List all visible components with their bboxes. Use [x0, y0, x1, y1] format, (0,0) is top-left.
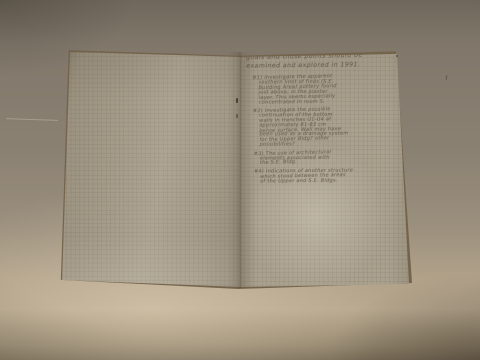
photo-of-notebook: goals and those points should beexamined… — [0, 0, 480, 360]
handwriting-block: goals and those points should beexamined… — [246, 52, 408, 280]
left-page-shading — [62, 52, 240, 287]
handwritten-note-line: possibilities? — [260, 142, 295, 147]
notebook-right-page: goals and those points should beexamined… — [240, 53, 409, 287]
table-scratch-mark — [6, 118, 58, 121]
page-corner-mark — [396, 55, 398, 57]
notebook-left-page — [62, 52, 240, 287]
staple-mark — [236, 114, 238, 118]
background-mark — [446, 75, 448, 80]
staple-mark — [236, 98, 238, 103]
handwritten-note-line: of the Upper and S.E. Bldgs. — [260, 178, 337, 184]
handwritten-intro-line: examined and explored in 1991. — [246, 62, 360, 69]
handwritten-note-line: the S.E. Bldg. — [260, 160, 297, 166]
handwritten-note-line: concentrated in room 5. — [259, 99, 325, 105]
